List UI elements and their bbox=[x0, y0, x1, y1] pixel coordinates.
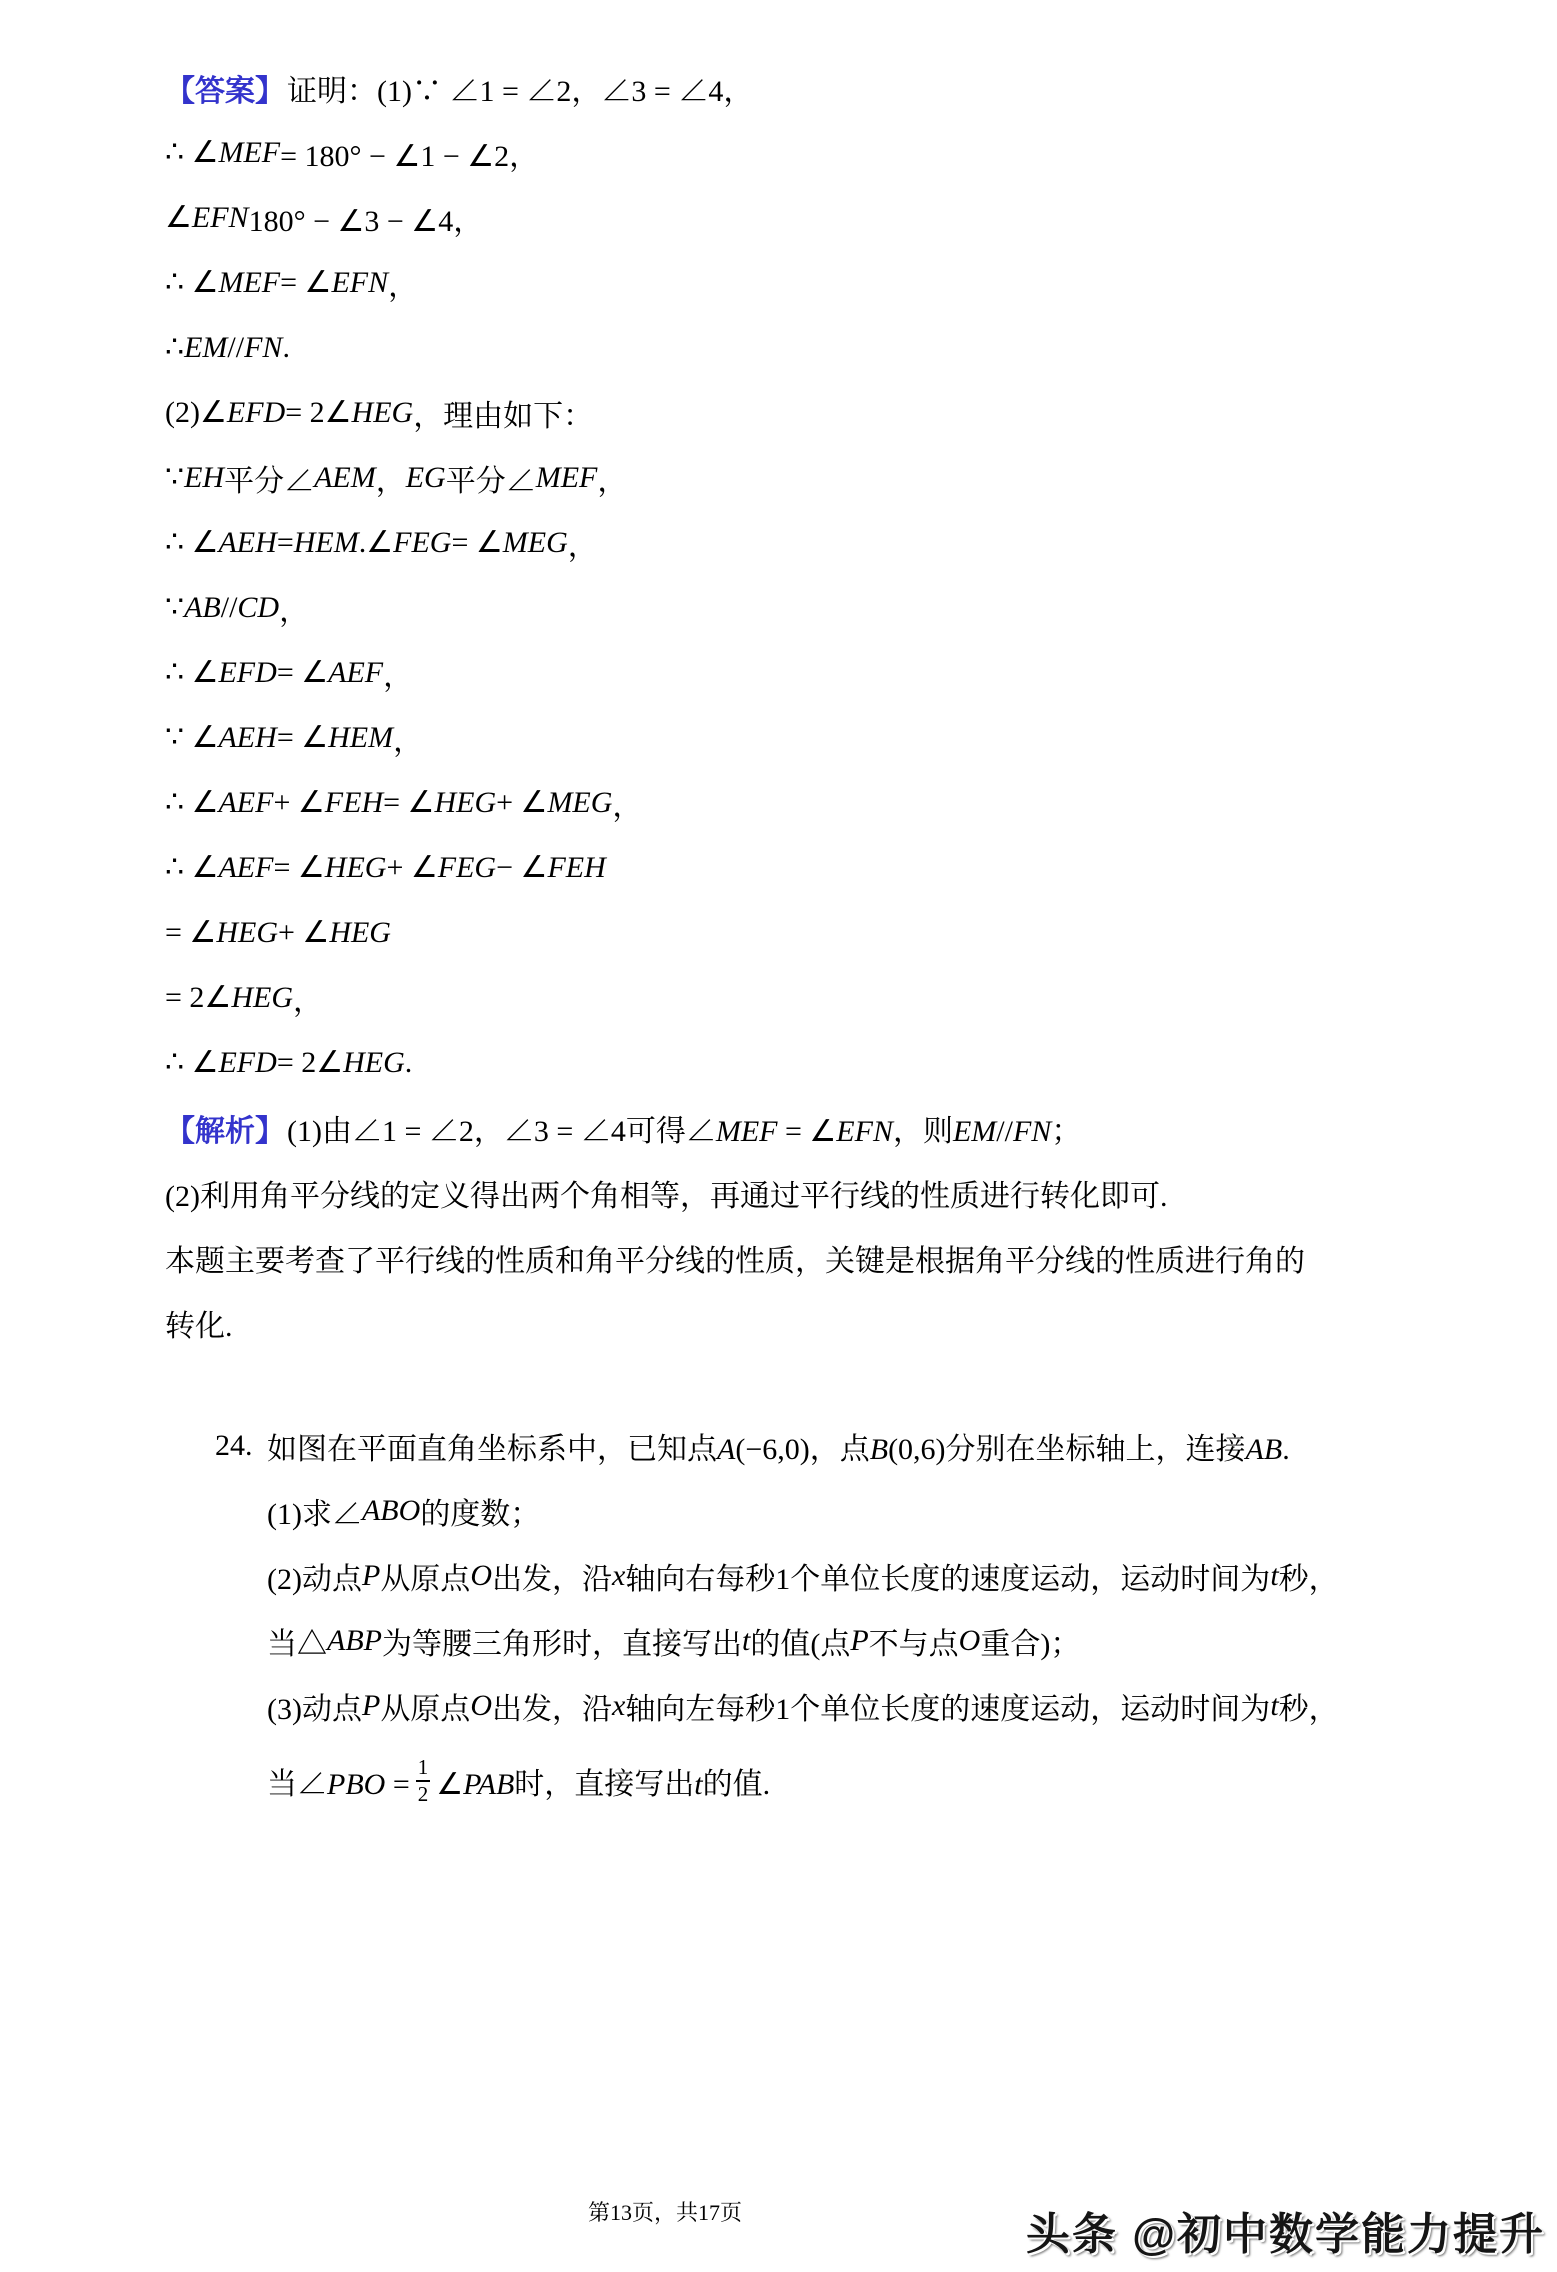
frac-line-after: ∠PAB时，直接写出t的值. bbox=[436, 1759, 770, 1803]
question-number: 24. bbox=[215, 1429, 267, 1463]
text-line: (2)利用角平分线的定义得出两个角相等，再通过平行线的性质进行转化即可. bbox=[165, 1160, 1437, 1225]
analysis-first-line: 【解析】 (1)由∠1 = ∠2，∠3 = ∠4可得∠MEF = ∠EFN，则E… bbox=[165, 1095, 1437, 1160]
text-line: = 2∠HEG， bbox=[165, 965, 1437, 1030]
analysis-label: 【解析】 bbox=[165, 1106, 285, 1150]
text-line: 转化. bbox=[165, 1290, 1437, 1355]
text-line: (1)求∠ABO 的度数； bbox=[267, 1478, 1437, 1543]
page-footer: 第13页，共17页 bbox=[470, 2196, 860, 2227]
watermark-text: 头条 @初中数学能力提升 bbox=[1026, 2198, 1545, 2262]
text-line: ∵ EH平分∠AEM，EG平分∠MEF， bbox=[165, 445, 1437, 510]
text-line: ∴ ∠MEF = ∠EFN， bbox=[165, 250, 1437, 315]
answer-lines: ∴ ∠MEF = 180° − ∠1 − ∠2，∠EFN180° − ∠3 − … bbox=[165, 120, 1437, 1095]
question-intro-text: 如图在平面直角坐标系中，已知点A(−6,0)，点B(0,6)分别在坐标轴上，连接… bbox=[267, 1424, 1290, 1468]
text-line: ∠EFN180° − ∠3 − ∠4， bbox=[165, 185, 1437, 250]
text-line: ∴ ∠AEF + ∠FEH = ∠HEG + ∠MEG， bbox=[165, 770, 1437, 835]
fraction-one-half: 1 2 bbox=[416, 1755, 431, 1805]
answer-first-line: 【答案】 证明：(1)∵ ∠1 = ∠2，∠3 = ∠4， bbox=[165, 55, 1437, 120]
text-line: ∴ ∠MEF = 180° − ∠1 − ∠2， bbox=[165, 120, 1437, 185]
text-line: ∴ ∠EFD = 2∠HEG. bbox=[165, 1030, 1437, 1095]
text-line: ∴ ∠AEH = HEM.∠FEG = ∠MEG， bbox=[165, 510, 1437, 575]
text-line: ∴ EM//FN. bbox=[165, 315, 1437, 380]
text-line: 当△ ABP为等腰三角形时，直接写出t的值(点P不与点O重合)； bbox=[267, 1608, 1437, 1673]
question-24-parts: (1)求∠ABO 的度数；(2)动点P从原点O出发，沿x轴向右每秒1个单位长度的… bbox=[215, 1478, 1437, 1738]
document-page: 【答案】 证明：(1)∵ ∠1 = ∠2，∠3 = ∠4， ∴ ∠MEF = 1… bbox=[0, 0, 1557, 2272]
frac-line-before: 当∠PBO = bbox=[267, 1759, 410, 1803]
text-line: (3)动点P从原点O出发，沿x轴向左每秒1个单位长度的速度运动，运动时间为t秒， bbox=[267, 1673, 1437, 1738]
question-24-last-line: 当∠PBO = 1 2 ∠PAB时，直接写出t的值. bbox=[267, 1738, 1437, 1823]
fraction-denominator: 2 bbox=[416, 1780, 431, 1806]
question-24-intro: 24. 如图在平面直角坐标系中，已知点A(−6,0)，点B(0,6)分别在坐标轴… bbox=[215, 1413, 1437, 1478]
analysis-lines: (2)利用角平分线的定义得出两个角相等，再通过平行线的性质进行转化即可.本题主要… bbox=[165, 1160, 1437, 1355]
fraction-numerator: 1 bbox=[418, 1755, 429, 1779]
answer-first-text: 证明：(1)∵ ∠1 = ∠2，∠3 = ∠4， bbox=[287, 66, 753, 110]
text-line: ∴ ∠AEF = ∠HEG + ∠FEG − ∠FEH bbox=[165, 835, 1437, 900]
text-line: ∵ ∠AEH = ∠HEM， bbox=[165, 705, 1437, 770]
question-24: 24. 如图在平面直角坐标系中，已知点A(−6,0)，点B(0,6)分别在坐标轴… bbox=[215, 1413, 1437, 1823]
text-line: (2)动点P从原点O出发，沿x轴向右每秒1个单位长度的速度运动，运动时间为t秒， bbox=[267, 1543, 1437, 1608]
text-line: (2)∠EFD = 2∠HEG，理由如下： bbox=[165, 380, 1437, 445]
text-line: ∴ ∠EFD = ∠AEF， bbox=[165, 640, 1437, 705]
solution-section: 【答案】 证明：(1)∵ ∠1 = ∠2，∠3 = ∠4， ∴ ∠MEF = 1… bbox=[165, 55, 1437, 1823]
text-line: 本题主要考查了平行线的性质和角平分线的性质，关键是根据角平分线的性质进行角的 bbox=[165, 1225, 1437, 1290]
text-line: = ∠HEG + ∠HEG bbox=[165, 900, 1437, 965]
text-line: ∵ AB//CD， bbox=[165, 575, 1437, 640]
answer-label: 【答案】 bbox=[165, 66, 285, 110]
analysis-first-text: (1)由∠1 = ∠2，∠3 = ∠4可得∠MEF = ∠EFN，则EM//FN… bbox=[287, 1106, 1081, 1150]
